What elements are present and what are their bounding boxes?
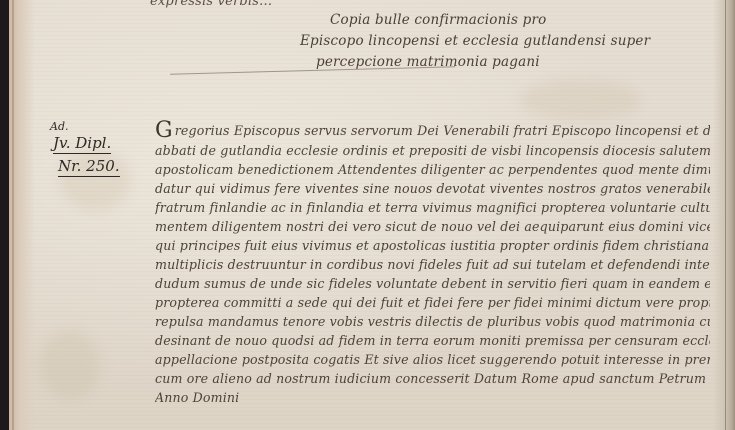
heading-line-1: Copia bulle confirmacionis pro (330, 10, 680, 31)
body-line: multiplicis destruuntur in cordibus novi… (155, 257, 710, 272)
top-text-fragment: expressis verbis... (150, 0, 272, 9)
body-line: repulsa mandamus tenore vobis vestris di… (155, 314, 710, 329)
heading-line-2: Episcopo lincopensi et ecclesia gutlande… (300, 31, 650, 52)
body-line: qui principes fuit eius vivimus et apost… (155, 238, 710, 253)
body-line: mentem diligentem nostri dei vero sicut … (155, 219, 710, 234)
manuscript-page: expressis verbis... Copia bulle confirma… (0, 0, 735, 430)
margin-note-ad: Ad. (50, 120, 68, 133)
paper-stain (520, 80, 640, 120)
heading-block: Copia bulle confirmacionis pro Episcopo … (300, 10, 650, 73)
body-line-text: regorius Episcopus servus servorum Dei V… (175, 123, 710, 138)
margin-note-number: Nr. 250. (58, 157, 120, 177)
body-line: apostolicam benedictionem Attendentes di… (155, 162, 710, 177)
body-line: abbati de gutlandia ecclesie ordinis et … (155, 143, 710, 158)
paper-stain (40, 330, 100, 400)
body-line: desinant de nouo quodsi ad fidem in terr… (155, 333, 710, 348)
body-line: appellacione postposita cogatis Et sive … (155, 352, 710, 367)
body-line: datur qui vidimus fere viventes sine nou… (155, 181, 710, 196)
body-line: cum ore alieno ad nostrum iudicium conce… (155, 371, 710, 386)
decorated-initial: G (155, 118, 173, 143)
left-page-edge (9, 0, 35, 430)
body-line: fratrum finlandie ac in finlandia et ter… (155, 200, 710, 215)
binding-gutter (0, 0, 9, 430)
body-line: Gregorius Episcopus servus servorum Dei … (155, 118, 710, 143)
margin-note-dipl: Jv. Dipl. (53, 134, 111, 154)
body-line: propterea committi a sede qui dei fuit e… (155, 295, 710, 310)
body-line: Anno Domini (155, 390, 710, 405)
heading-line-3: percepcione matrimonia pagani (316, 52, 666, 73)
right-page-edge (713, 0, 735, 430)
body-line: dudum sumus de unde sic fideles voluntat… (155, 276, 710, 291)
